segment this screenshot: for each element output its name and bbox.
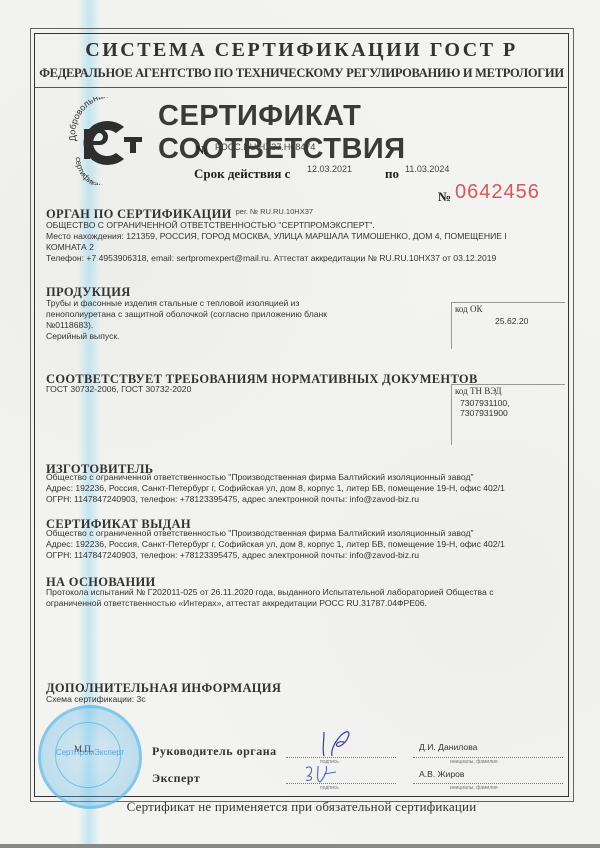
head-of-body-name: Д.И. Данилова xyxy=(419,742,477,752)
expert-label: Эксперт xyxy=(152,771,200,786)
tnved-code-box: код ТН ВЭД 7307931100, 7307931900 xyxy=(451,384,565,445)
product-line: №0118683). xyxy=(46,320,93,332)
page-bottom-edge xyxy=(0,844,600,848)
manufacturer-line: Адрес: 192236, Россия, Санкт-Петербург г… xyxy=(46,483,505,495)
valid-to-label: по xyxy=(385,166,399,182)
ok-code-label: код ОК xyxy=(455,304,483,314)
certification-scheme: Схема сертификации: 3с xyxy=(46,694,146,706)
valid-to-date: 11.03.2024 xyxy=(405,164,449,174)
basis-line: ограниченной ответственностью «Интерах»,… xyxy=(46,598,427,610)
valid-from-date: 12.03.2021 xyxy=(307,164,352,174)
official-seal-icon: СертПромЭксперт xyxy=(38,705,142,809)
head-signature-icon xyxy=(318,728,358,760)
certificate-title: СЕРТИФИКАТ СООТВЕТСТВИЯ xyxy=(158,100,600,166)
cert-body-reg: рег. № RU.RU.10НХ37 xyxy=(236,207,313,216)
header-divider xyxy=(35,87,567,88)
ok-code-value: 25.62.20 xyxy=(495,316,528,327)
seal-place-label: М.П. xyxy=(74,744,93,754)
head-of-body-label: Руководитель органа xyxy=(152,744,277,759)
certificate-number: РОСС.RU.НХ37.Н08474 xyxy=(215,142,315,152)
ok-code-box: код ОК 25.62.20 xyxy=(451,302,565,349)
head-name-caption: инициалы, фамилия xyxy=(450,759,498,765)
expert-name-caption: инициалы, фамилия xyxy=(450,785,498,791)
footer-note: Сертификат не применяется при обязательн… xyxy=(34,799,569,815)
manufacturer-line: ОГРН: 1147847240903, телефон: +781233954… xyxy=(46,494,419,506)
cert-body-line: ОБЩЕСТВО С ОГРАНИЧЕННОЙ ОТВЕТСТВЕННОСТЬЮ… xyxy=(46,220,375,232)
blank-number-label: № xyxy=(438,189,451,205)
expert-signature-icon xyxy=(302,762,342,786)
cert-body-heading-text: ОРГАН ПО СЕРТИФИКАЦИИ xyxy=(46,207,232,221)
product-line: Серийный выпуск. xyxy=(46,331,120,343)
cert-body-line: Телефон: +7 4953906318, email: sertprome… xyxy=(46,253,496,265)
cert-body-line: КОМНАТА 2 xyxy=(46,242,94,254)
product-line: пенополиуретана с защитной оболочкой (со… xyxy=(46,309,327,321)
tnved-code: 7307931900 xyxy=(460,408,508,419)
product-line: Трубы и фасонные изделия стальные с тепл… xyxy=(46,298,299,310)
issued-to-line: Адрес: 192236, Россия, Санкт-Петербург г… xyxy=(46,539,505,551)
system-title: СИСТЕМА СЕРТИФИКАЦИИ ГОСТ Р xyxy=(34,39,569,62)
validity-label: Срок действия с xyxy=(194,166,290,182)
agency-name: ФЕДЕРАЛЬНОЕ АГЕНТСТВО ПО ТЕХНИЧЕСКОМУ РЕ… xyxy=(34,66,569,81)
expert-name: А.В. Жиров xyxy=(419,769,465,779)
issued-to-line: Общество с ограниченной ответственностью… xyxy=(46,528,474,540)
rst-voluntary-certification-logo-icon: Добровольная сертификация xyxy=(62,97,158,185)
tnved-code: 7307931100, xyxy=(460,398,510,409)
manufacturer-line: Общество с ограниченной ответственностью… xyxy=(46,472,474,484)
blank-number: 0642456 xyxy=(455,181,540,204)
cert-body-line: Место нахождения: 121359, РОССИЯ, ГОРОД … xyxy=(46,231,507,243)
expert-name-line xyxy=(413,783,563,784)
certificate-number-label: № xyxy=(196,143,208,158)
issued-to-line: ОГРН: 1147847240903, телефон: +781233954… xyxy=(46,550,419,562)
tnved-label: код ТН ВЭД xyxy=(455,386,502,396)
head-name-line xyxy=(413,757,563,758)
basis-line: Протокола испытаний № Г202011-025 от 26.… xyxy=(46,587,494,599)
standards-list: ГОСТ 30732-2006, ГОСТ 30732-2020 xyxy=(46,384,191,396)
